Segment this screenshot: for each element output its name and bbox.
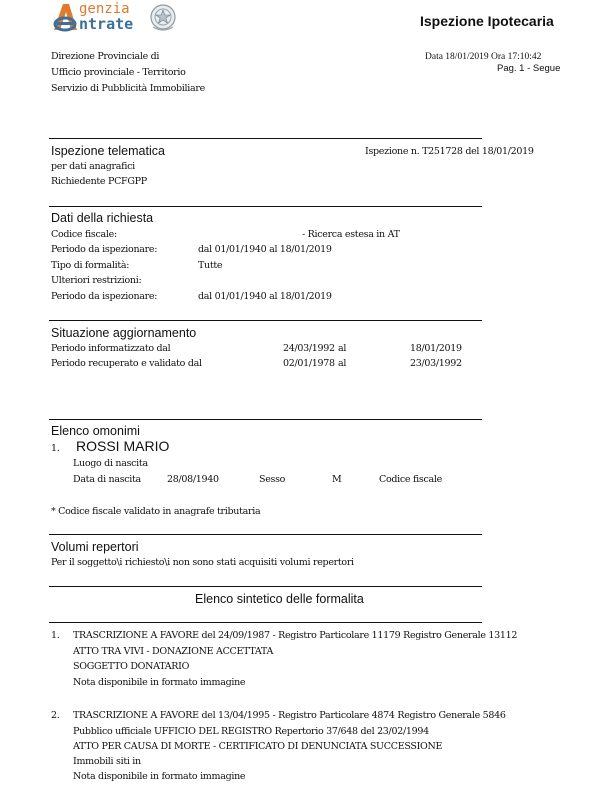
formality-1-line-3: SOGGETTO DONATARIO — [73, 661, 189, 672]
office-line-2: Ufficio provinciale - Territorio — [51, 67, 186, 78]
update-from-computerized: 24/03/1992 — [283, 343, 335, 354]
volumes-heading: Volumi repertori — [51, 540, 139, 554]
update-to-validated: 23/03/1992 — [410, 358, 462, 369]
formalities-heading: Elenco sintetico delle formalita — [195, 592, 364, 606]
print-date-time: Data 18/01/2019 Ora 17:10:42 — [425, 52, 541, 62]
request-label-tax-code: Codice fiscale: — [51, 229, 117, 240]
inspection-subtitle: per dati anagrafici — [51, 161, 135, 172]
request-value-formality-type: Tutte — [198, 260, 222, 271]
update-status-heading: Situazione aggiornamento — [51, 326, 196, 340]
update-sep-computerized: al — [338, 343, 346, 354]
office-line-3: Servizio di Pubblicità Immobiliare — [51, 83, 205, 94]
request-heading: Dati della richiesta — [51, 211, 153, 225]
divider — [49, 320, 482, 321]
divider — [49, 419, 482, 420]
divider — [49, 622, 482, 623]
update-to-computerized: 18/01/2019 — [410, 343, 462, 354]
homonyms-heading: Elenco omonimi — [51, 424, 140, 438]
republic-emblem-icon — [149, 3, 177, 33]
inspection-heading: Ispezione telematica — [51, 144, 165, 158]
divider — [49, 206, 482, 207]
formality-1-line-4: Nota disponibile in formato immagine — [73, 677, 245, 688]
request-label-restrictions: Ulteriori restrizioni: — [51, 275, 141, 286]
formality-2-line-5: Nota disponibile in formato immagine — [73, 771, 245, 782]
formality-2-line-1[interactable]: TRASCRIZIONE A FAVORE del 13/04/1995 - R… — [73, 710, 506, 721]
update-label-validated: Periodo recuperato e validato dal — [51, 358, 202, 369]
inspection-number: Ispezione n. T251728 del 18/01/2019 — [365, 146, 534, 157]
homonym-index: 1. — [51, 443, 59, 454]
birthplace-label: Luogo di nascita — [73, 458, 148, 469]
sex-value: M — [332, 474, 341, 485]
formality-2-line-4: Immobili siti in — [73, 756, 141, 767]
request-value-tax-code: - Ricerca estesa in AT — [302, 229, 400, 240]
divider — [49, 138, 482, 139]
formality-2-line-3: ATTO PER CAUSA DI MORTE - CERTIFICATO DI… — [73, 741, 442, 752]
formality-index: 1. — [51, 630, 59, 641]
page-indicator: Pag. 1 - Segue — [497, 63, 560, 74]
tax-code-footnote: * Codice fiscale validato in anagrafe tr… — [51, 506, 260, 517]
update-label-computerized: Periodo informatizzato dal — [51, 343, 170, 354]
requester: Richiedente PCFGPP — [51, 176, 147, 187]
office-line-1: Direzione Provinciale di — [51, 51, 159, 62]
logo-text-ntrate: ntrate — [79, 15, 133, 33]
birthdate-label: Data di nascita — [73, 474, 141, 485]
request-value-period-2: dal 01/01/1940 al 18/01/2019 — [198, 291, 332, 302]
request-label-period-2: Periodo da ispezionare: — [51, 291, 157, 302]
birthdate-value: 28/08/1940 — [167, 474, 219, 485]
homonym-name[interactable]: ROSSI MARIO — [76, 438, 169, 454]
formality-1-line-2: ATTO TRA VIVI - DONAZIONE ACCETTATA — [73, 646, 273, 657]
volumes-text: Per il soggetto\i richiesto\i non sono s… — [51, 557, 354, 568]
request-label-period: Periodo da ispezionare: — [51, 244, 157, 255]
tax-code-label: Codice fiscale — [379, 474, 442, 485]
divider — [49, 534, 482, 535]
update-sep-validated: al — [338, 358, 346, 369]
divider — [49, 586, 482, 587]
update-from-validated: 02/01/1978 — [283, 358, 335, 369]
request-value-period: dal 01/01/1940 al 18/01/2019 — [198, 244, 332, 255]
request-label-formality-type: Tipo di formalità: — [51, 260, 129, 271]
sex-label: Sesso — [259, 474, 285, 485]
document-title: Ispezione Ipotecaria — [420, 13, 554, 29]
formality-2-line-2: Pubblico ufficiale UFFICIO DEL REGISTRO … — [73, 726, 429, 737]
formality-1-line-1[interactable]: TRASCRIZIONE A FAVORE del 24/09/1987 - R… — [73, 630, 517, 641]
formality-index: 2. — [51, 710, 59, 721]
agenzia-a-logo-icon — [52, 2, 78, 32]
agenzia-entrate-logo: genzia ntrate — [52, 2, 182, 36]
